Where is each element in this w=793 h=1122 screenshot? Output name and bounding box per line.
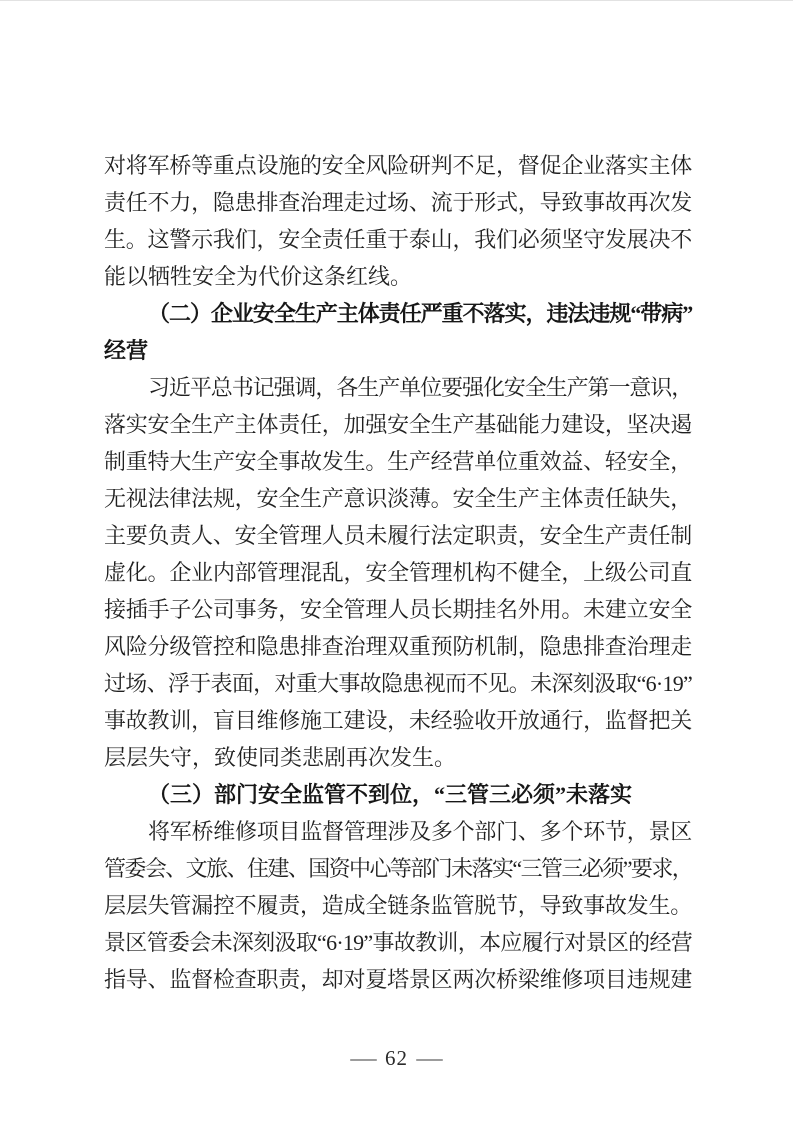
- page-number: 62: [385, 1046, 408, 1070]
- document-page: 对将军桥等重点设施的安全风险研判不足，督促企业落实主体责任不力，隐患排查治理走过…: [0, 0, 793, 1122]
- text-line: 接插手子公司事务，安全管理人员长期挂名外用。未建立安全: [104, 591, 692, 628]
- text-line: 主要负责人、安全管理人员未履行法定职责，安全生产责任制: [104, 517, 692, 554]
- text-line: 风险分级管控和隐患排查治理双重预防机制，隐患排查治理走: [104, 628, 692, 665]
- text-line: 层层失管漏控不履责，造成全链条监管脱节，导致事故发生。: [104, 887, 692, 924]
- document-body: 对将军桥等重点设施的安全风险研判不足，督促企业落实主体责任不力，隐患排查治理走过…: [104, 147, 692, 998]
- text-line: 将军桥维修项目监督管理涉及多个部门、多个环节，景区: [104, 813, 692, 850]
- text-line: 责任不力，隐患排查治理走过场、流于形式，导致事故再次发: [104, 184, 692, 221]
- text-line: 制重特大生产安全事故发生。生产经营单位重效益、轻安全，: [104, 443, 692, 480]
- section-heading-line: 经营: [104, 332, 692, 369]
- text-line: 过场、浮于表面，对重大事故隐患视而不见。未深刻汲取“6·19”: [104, 665, 692, 702]
- page-number-left-dash: —: [350, 1043, 376, 1073]
- text-line: 事故教训，盲目维修施工建设，未经验收开放通行，监督把关: [104, 702, 692, 739]
- page-footer: —62—: [0, 1043, 793, 1073]
- text-line: 景区管委会未深刻汲取“6·19”事故教训，本应履行对景区的经营: [104, 924, 692, 961]
- section-heading-line: （三）部门安全监管不到位，“三管三必须”未落实: [104, 776, 692, 813]
- text-line: 无视法律法规，安全生产意识淡薄。安全生产主体责任缺失，: [104, 480, 692, 517]
- text-line: 虚化。企业内部管理混乱，安全管理机构不健全，上级公司直: [104, 554, 692, 591]
- text-line: 指导、监督检查职责，却对夏塔景区两次桥梁维修项目违规建: [104, 961, 692, 998]
- text-line: 管委会、文旅、住建、国资中心等部门未落实“三管三必须”要求，: [104, 850, 692, 887]
- text-line: 落实安全生产主体责任，加强安全生产基础能力建设，坚决遏: [104, 406, 692, 443]
- page-number-right-dash: —: [416, 1043, 442, 1073]
- text-line: 习近平总书记强调，各生产单位要强化安全生产第一意识，: [104, 369, 692, 406]
- text-line: 能以牺牲安全为代价这条红线。: [104, 258, 692, 295]
- text-line: 层层失守，致使同类悲剧再次发生。: [104, 739, 692, 776]
- section-heading-line: （二）企业安全生产主体责任严重不落实，违法违规“带病”: [104, 295, 692, 332]
- text-line: 生。这警示我们，安全责任重于泰山，我们必须坚守发展决不: [104, 221, 692, 258]
- text-line: 对将军桥等重点设施的安全风险研判不足，督促企业落实主体: [104, 147, 692, 184]
